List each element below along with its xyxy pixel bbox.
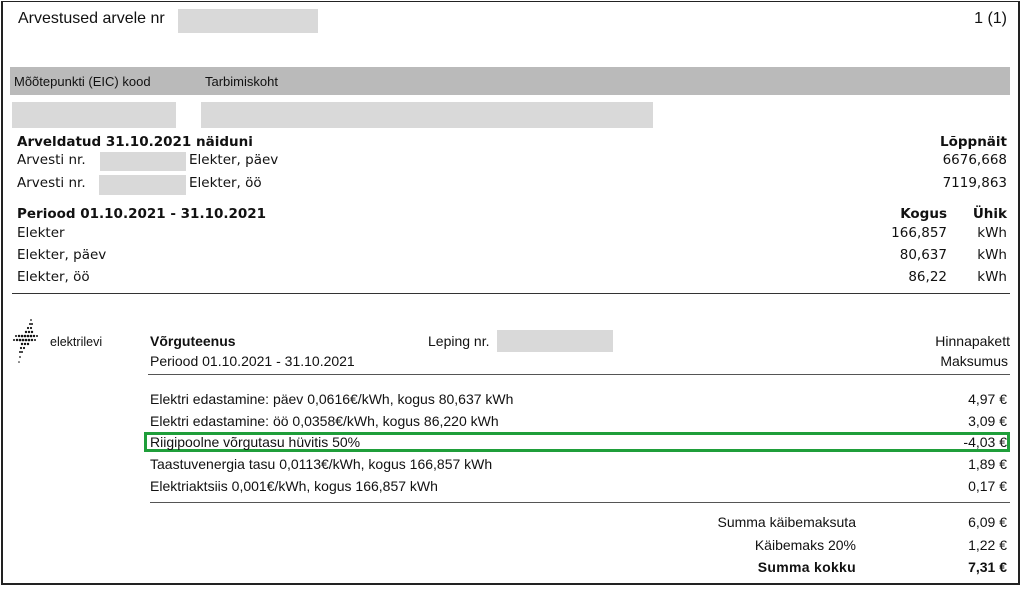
- charge-amount: 4,97 €: [968, 391, 1007, 407]
- charges-divider: [150, 502, 1010, 503]
- reading-type: Elekter, päev: [189, 152, 278, 168]
- price-package-label: Hinnapakett: [935, 333, 1010, 349]
- invoice-number-redacted: [178, 9, 318, 33]
- meter-number-redacted: [99, 175, 186, 195]
- final-reading-header: Lõppnäit: [940, 134, 1007, 150]
- readings-heading: Arveldatud 31.10.2021 näiduni: [17, 134, 253, 150]
- cost-header: Maksumus: [940, 353, 1008, 369]
- total-label: Summa kokku: [758, 559, 856, 575]
- eic-code-redacted: [12, 102, 176, 128]
- period-row-label: Elekter, päev: [17, 247, 106, 263]
- charge-amount: 1,89 €: [968, 456, 1007, 472]
- total-amount: 7,31 €: [968, 559, 1007, 575]
- contract-label: Leping nr.: [428, 333, 490, 349]
- period-row-qty: 80,637: [900, 247, 947, 263]
- period-row-unit: kWh: [977, 269, 1007, 285]
- period-row-unit: kWh: [977, 225, 1007, 241]
- charge-description: Elektri edastamine: öö 0,0358€/kWh, kogu…: [150, 413, 499, 429]
- document-title: Arvestused arvele nr: [18, 10, 165, 28]
- subtotal-label: Summa käibemaksuta: [717, 514, 856, 530]
- reading-value: 6676,668: [943, 152, 1007, 168]
- charge-description-highlighted: Riigipoolne võrgutasu hüvitis 50%: [150, 434, 360, 450]
- vat-label: Käibemaks 20%: [755, 537, 856, 553]
- elektrilevi-logo-icon: [12, 318, 48, 370]
- charge-description: Taastuvenergia tasu 0,0113€/kWh, kogus 1…: [150, 456, 492, 472]
- reading-type: Elekter, öö: [189, 175, 262, 191]
- service-header-divider: [148, 374, 1010, 375]
- meter-header-bar: [10, 67, 1010, 95]
- subtotal-amount: 6,09 €: [968, 514, 1007, 530]
- section-divider: [12, 293, 1010, 294]
- service-period: Periood 01.10.2021 - 31.10.2021: [150, 353, 355, 369]
- meter-label: Arvesti nr.: [17, 175, 86, 191]
- elektrilevi-logo-text: elektrilevi: [50, 335, 102, 349]
- period-row-qty: 166,857: [891, 225, 947, 241]
- contract-number-redacted: [497, 330, 613, 352]
- unit-header: Ühik: [973, 206, 1007, 222]
- charge-amount-highlighted: -4,03 €: [963, 434, 1007, 450]
- meter-number-redacted: [100, 152, 186, 171]
- consumption-location-label: Tarbimiskoht: [205, 74, 278, 89]
- location-redacted: [201, 102, 653, 128]
- period-heading: Periood 01.10.2021 - 31.10.2021: [17, 206, 266, 222]
- charge-description: Elektri edastamine: päev 0,0616€/kWh, ko…: [150, 391, 513, 407]
- reading-value: 7119,863: [943, 175, 1007, 191]
- charge-description: Elektriaktsiis 0,001€/kWh, kogus 166,857…: [150, 478, 438, 494]
- page-indicator: 1 (1): [974, 10, 1007, 28]
- period-row-qty: 86,22: [908, 269, 947, 285]
- eic-code-label: Mõõtepunkti (EIC) kood: [14, 74, 151, 89]
- period-row-unit: kWh: [977, 247, 1007, 263]
- meter-label: Arvesti nr.: [17, 152, 86, 168]
- charge-amount: 0,17 €: [968, 478, 1007, 494]
- service-title: Võrguteenus: [150, 333, 236, 349]
- period-row-label: Elekter: [17, 225, 65, 241]
- vat-amount: 1,22 €: [968, 537, 1007, 553]
- charge-amount: 3,09 €: [968, 413, 1007, 429]
- period-row-label: Elekter, öö: [17, 269, 90, 285]
- quantity-header: Kogus: [900, 206, 947, 222]
